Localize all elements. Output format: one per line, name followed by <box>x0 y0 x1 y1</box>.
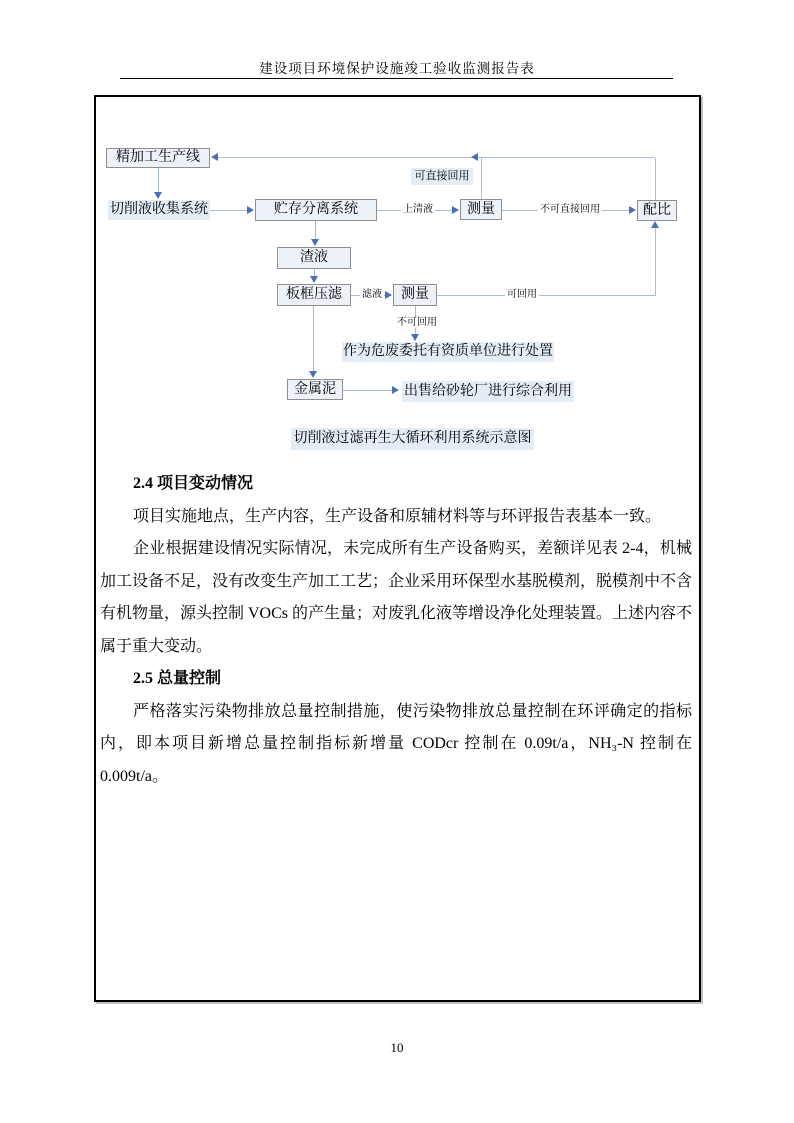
page-number: 10 <box>0 1040 794 1056</box>
section-2-5-paragraph-1: 严格落实污染物排放总量控制措施，使污染物排放总量控制在环评确定的指标内，即本项目… <box>100 696 692 794</box>
section-2-4-paragraph-1: 项目实施地点，生产内容，生产设备和原辅材料等与环评报告表基本一致。 <box>100 501 692 534</box>
flow-node-metal-mud: 金属泥 <box>287 379 343 400</box>
arrow-right-into-measure1-icon <box>452 206 459 214</box>
arrow-right-into-storage-icon <box>247 206 254 214</box>
flow-label-direct-reuse: 可直接回用 <box>411 168 473 185</box>
connector-feedback-top <box>218 157 655 158</box>
edge-label-reusable: 可回用 <box>505 289 539 300</box>
arrow-down-into-press-icon <box>310 276 318 283</box>
flow-node-plate-frame-filter: 板框压滤 <box>277 284 351 306</box>
arrow-left-into-fine-line-icon <box>211 153 218 161</box>
flowchart-caption: 切削液过滤再生大循环利用系统示意图 <box>291 428 534 450</box>
section-2-5-heading: 2.5 总量控制 <box>100 663 692 696</box>
connector-reuse-to-ratio <box>655 228 656 295</box>
flow-node-slag-liquid: 渣液 <box>277 247 351 269</box>
connector-ratio-top-up <box>655 158 656 200</box>
edge-label-filtrate: 滤液 <box>360 289 384 300</box>
connector-storage-to-slag <box>315 221 316 240</box>
body-text: 2.4 项目变动情况 项目实施地点，生产内容，生产设备和原辅材料等与环评报告表基… <box>100 468 692 793</box>
arrow-down-into-hazard-icon <box>411 334 419 341</box>
arrow-down-into-metal-icon <box>309 371 317 378</box>
edge-label-supernatant: 上清液 <box>401 204 435 215</box>
document-page: 建设项目环境保护设施竣工验收监测报告表 精加工生产线 切削液收集系统 贮存分离系… <box>0 0 794 1123</box>
section-2-4-heading: 2.4 项目变动情况 <box>100 468 692 501</box>
flow-node-ratio: 配比 <box>637 200 677 221</box>
connector-measure2-reuse <box>437 295 656 296</box>
document-header-title: 建设项目环境保护设施竣工验收监测报告表 <box>0 57 794 77</box>
section-2-4-paragraph-2: 企业根据建设情况实际情况，未完成所有生产设备购买，差额详见表 2-4，机械加工设… <box>100 533 692 663</box>
flow-node-measure-mid: 测量 <box>393 284 437 306</box>
connector-fine-to-collect <box>158 168 159 194</box>
header-rule <box>120 78 673 79</box>
connector-metal-to-sell <box>343 390 393 391</box>
flow-node-fine-processing-line: 精加工生产线 <box>106 148 210 168</box>
edge-label-not-direct-reuse: 不可直接回用 <box>538 204 602 215</box>
flow-node-cutting-fluid-collection: 切削液收集系统 <box>108 200 210 220</box>
connector-measure1-up <box>481 158 482 199</box>
flow-node-storage-separation: 贮存分离系统 <box>255 199 377 221</box>
flow-node-hazardous-disposal: 作为危废委托有资质单位进行处置 <box>342 342 554 362</box>
connector-press-to-metal <box>313 306 314 372</box>
arrow-right-into-sell-icon <box>392 386 399 394</box>
arrow-up-into-ratio-icon <box>651 221 659 228</box>
arrow-down-into-collect-icon <box>154 192 162 199</box>
flow-node-sell-grinding-wheel: 出售给砂轮厂进行综合利用 <box>402 381 574 402</box>
arrow-left-feedback-icon <box>471 153 478 161</box>
arrow-right-into-measure2-icon <box>385 291 392 299</box>
arrow-down-into-slag-icon <box>311 239 319 246</box>
arrow-right-into-ratio-icon <box>629 206 636 214</box>
edge-label-not-reusable: 不可回用 <box>395 317 439 328</box>
flow-node-measure-top: 测量 <box>460 199 502 220</box>
connector-collect-to-storage <box>210 210 248 211</box>
